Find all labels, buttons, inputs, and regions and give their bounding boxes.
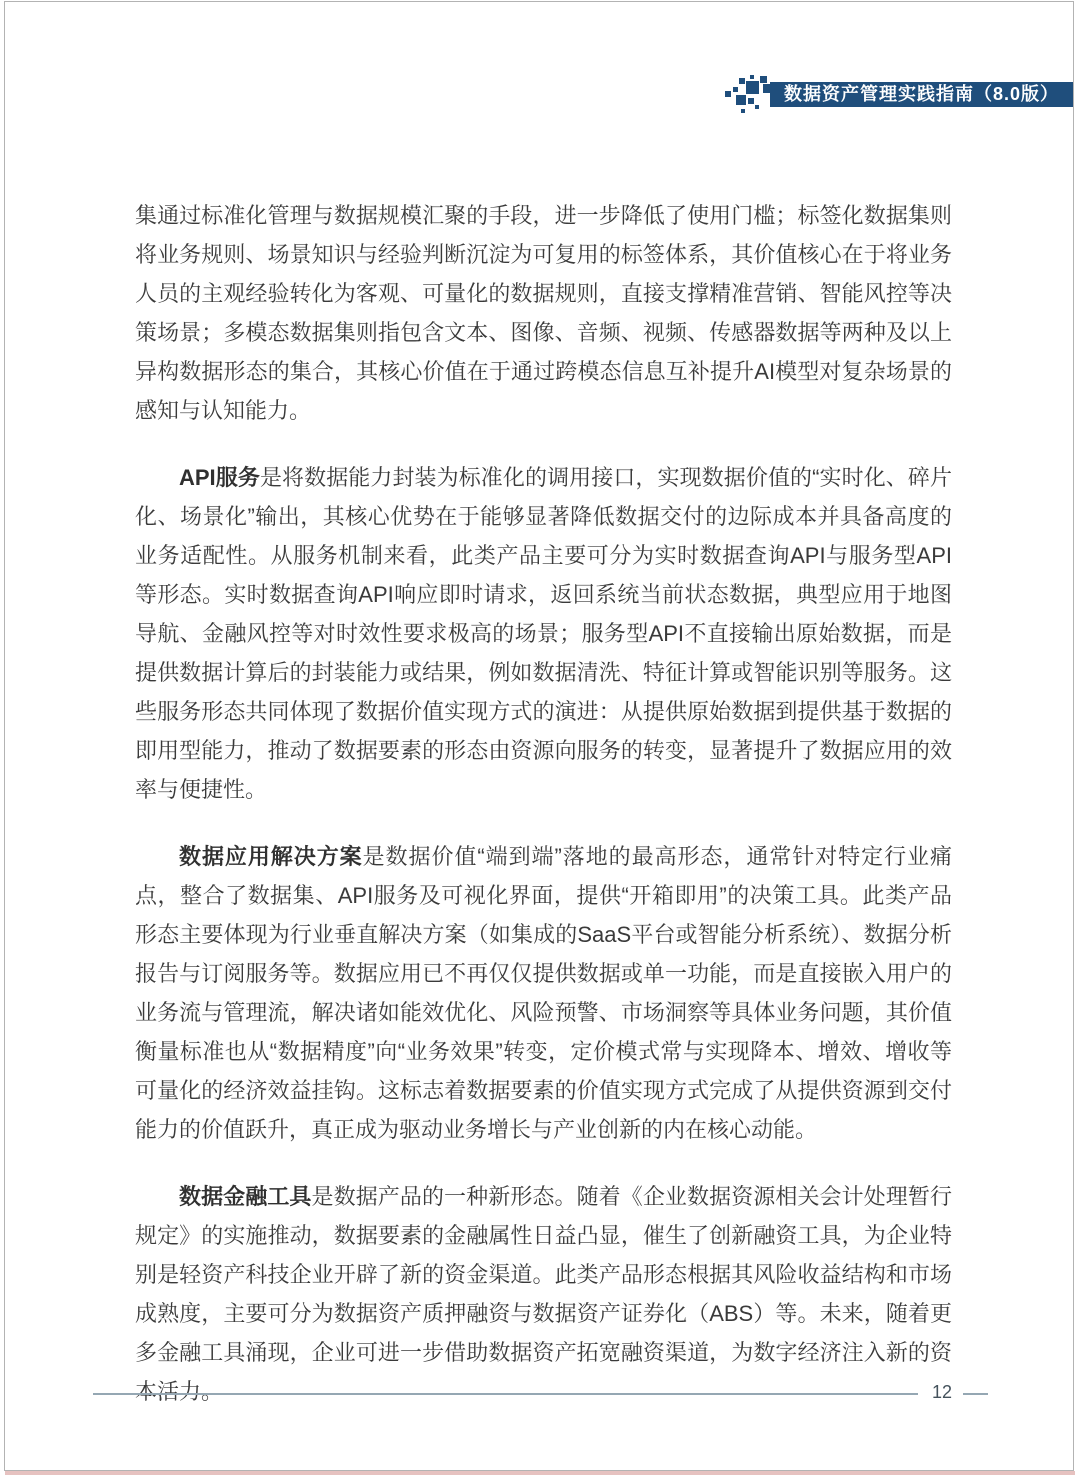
paragraph-data-application-solutions: 数据应用解决方案是数据价值“端到端”落地的最高形态，通常针对特定行业痛点，整合了… bbox=[135, 837, 952, 1149]
paragraph-text: 集通过标准化管理与数据规模汇聚的手段，进一步降低了使用门槛；标签化数据集则将业务… bbox=[135, 203, 952, 423]
paragraph-lead: 数据应用解决方案 bbox=[179, 844, 363, 869]
paragraph-text: 是数据价值“端到端”落地的最高形态，通常针对特定行业痛点，整合了数据集、API服… bbox=[135, 844, 952, 1142]
paragraph-lead: 数据金融工具 bbox=[179, 1184, 312, 1209]
footer-rule-left bbox=[93, 1393, 918, 1395]
page-number: 12 bbox=[922, 1382, 962, 1403]
paragraph-text: 是将数据能力封装为标准化的调用接口，实现数据价值的“实时化、碎片化、场景化”输出… bbox=[135, 465, 952, 802]
paragraph-lead: API服务 bbox=[179, 465, 260, 490]
paragraph-continuation: 集通过标准化管理与数据规模汇聚的手段，进一步降低了使用门槛；标签化数据集则将业务… bbox=[135, 196, 952, 430]
page-bottom-edge bbox=[5, 1471, 1075, 1475]
pixel-mosaic-icon bbox=[718, 72, 774, 122]
header-title-bar: 数据资产管理实践指南（8.0版） bbox=[770, 82, 1073, 107]
paragraph-data-financial-instruments: 数据金融工具是数据产品的一种新形态。随着《企业数据资源相关会计处理暂行规定》的实… bbox=[135, 1177, 952, 1411]
body-text: 集通过标准化管理与数据规模汇聚的手段，进一步降低了使用门槛；标签化数据集则将业务… bbox=[135, 196, 952, 1439]
paragraph-api-services: API服务是将数据能力封装为标准化的调用接口，实现数据价值的“实时化、碎片化、场… bbox=[135, 458, 952, 809]
footer-rule-right bbox=[963, 1393, 988, 1395]
paragraph-text: 是数据产品的一种新形态。随着《企业数据资源相关会计处理暂行规定》的实施推动，数据… bbox=[135, 1184, 952, 1404]
document-page: 数据资产管理实践指南（8.0版） 集通过标准化管理与数据规模汇聚的手段，进一步降… bbox=[0, 0, 1080, 1475]
document-title: 数据资产管理实践指南（8.0版） bbox=[784, 84, 1059, 104]
